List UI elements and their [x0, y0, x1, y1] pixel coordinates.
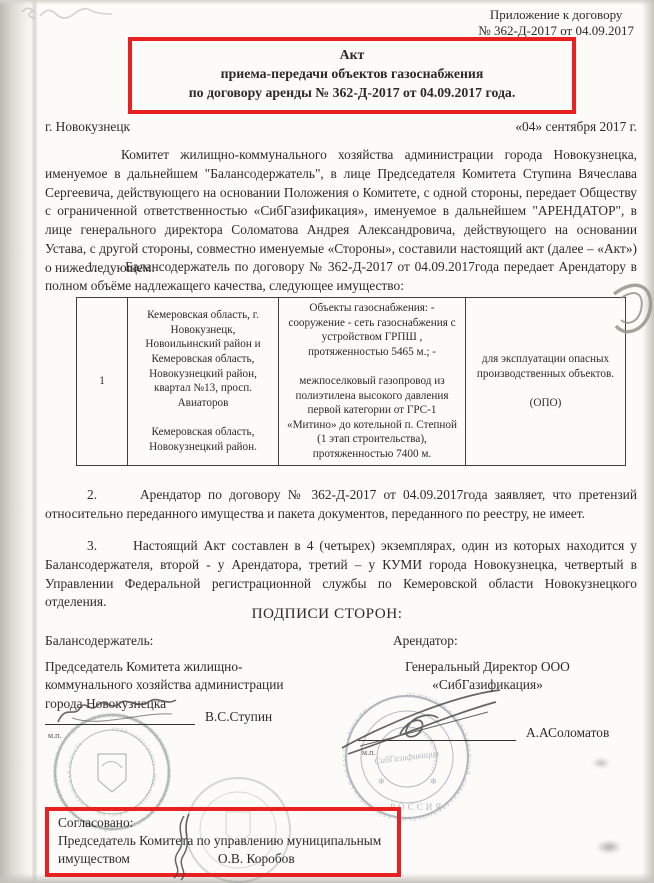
- right-party-role: Арендатор:: [393, 633, 458, 649]
- page-fold-shadow: [0, 0, 34, 883]
- paperclip-icon: [606, 272, 654, 352]
- title-line-1: Акт: [140, 45, 564, 64]
- paragraph-item-2: 2. Арендатор по договору № 362-Д-2017 от…: [45, 486, 637, 524]
- title-box: Акт приема-передачи объектов газоснабжен…: [128, 37, 576, 114]
- city-label: г. Новокузнецк: [45, 119, 130, 135]
- svg-text:✻: ✻: [430, 777, 437, 786]
- header-attachment-note: Приложение к договору № 362-Д-2017 от 04…: [478, 7, 634, 39]
- approval-line2-left: имуществом: [58, 850, 130, 868]
- pencil-scribble: [18, 2, 128, 28]
- approval-label: Согласовано:: [58, 814, 388, 832]
- date-label: «04» сентября 2017 г.: [515, 119, 637, 135]
- purpose-cell: для эксплуатации опасных производственны…: [466, 298, 626, 466]
- stamp-left-inner-text: ОГРН 1114217000413 • ИНН 4217131091 • РО…: [67, 727, 157, 817]
- ink-smudge-2: [596, 840, 622, 854]
- row-number-cell: 1: [77, 298, 128, 466]
- right-signatory-name: А.АСоломатов: [526, 725, 609, 741]
- svg-text:✻: ✻: [378, 777, 385, 786]
- scan-edge-right: [642, 0, 654, 883]
- title-line-3: по договору аренды № 362-Д-2017 от 04.09…: [140, 83, 564, 102]
- title-line-2: приема-передачи объектов газоснабжения: [140, 64, 564, 83]
- property-table: 1 Кемеровская область, г. Новокузнецк, Н…: [76, 297, 626, 466]
- approval-line: Председатель Комитета по управлению муни…: [58, 832, 388, 850]
- svg-text:ОГРН 1114217000413 • ИНН 42171: ОГРН 1114217000413 • ИНН 4217131091 • РО…: [67, 727, 157, 817]
- approval-box: Согласовано: Председатель Комитета по уп…: [45, 807, 401, 877]
- left-signatory-name: В.С.Ступин: [205, 709, 272, 725]
- paragraph-item-3: 3. Настоящий Акт составлен в 4 (четырех)…: [45, 537, 637, 612]
- location-cell: Кемеровская область, г. Новокузнецк, Нов…: [128, 298, 279, 466]
- signature-scrawl-right: [330, 682, 512, 768]
- table-row: 1 Кемеровская область, г. Новокузнецк, Н…: [77, 298, 626, 466]
- page: Приложение к договору № 362-Д-2017 от 04…: [0, 0, 654, 883]
- objects-cell: Объекты газоснабжения: - сооружение - се…: [279, 298, 466, 466]
- approval-signature-row: имуществом О.В. Коробов: [58, 850, 388, 868]
- ink-smudge: [592, 758, 610, 768]
- fold-crease: [31, 0, 38, 883]
- approval-signatory-name: О.В. Коробов: [218, 850, 295, 868]
- city-date-row: г. Новокузнецк «04» сентября 2017 г.: [45, 119, 637, 135]
- signature-scrawl-left: [52, 686, 202, 738]
- paragraph-item-1: 1. Балансодержатель по договору № 362-Д-…: [45, 258, 637, 296]
- left-party-role: Балансодержатель:: [45, 633, 153, 649]
- signatures-heading: ПОДПИСИ СТОРОН:: [0, 605, 654, 623]
- signature-scrawl-bottom: [158, 812, 204, 882]
